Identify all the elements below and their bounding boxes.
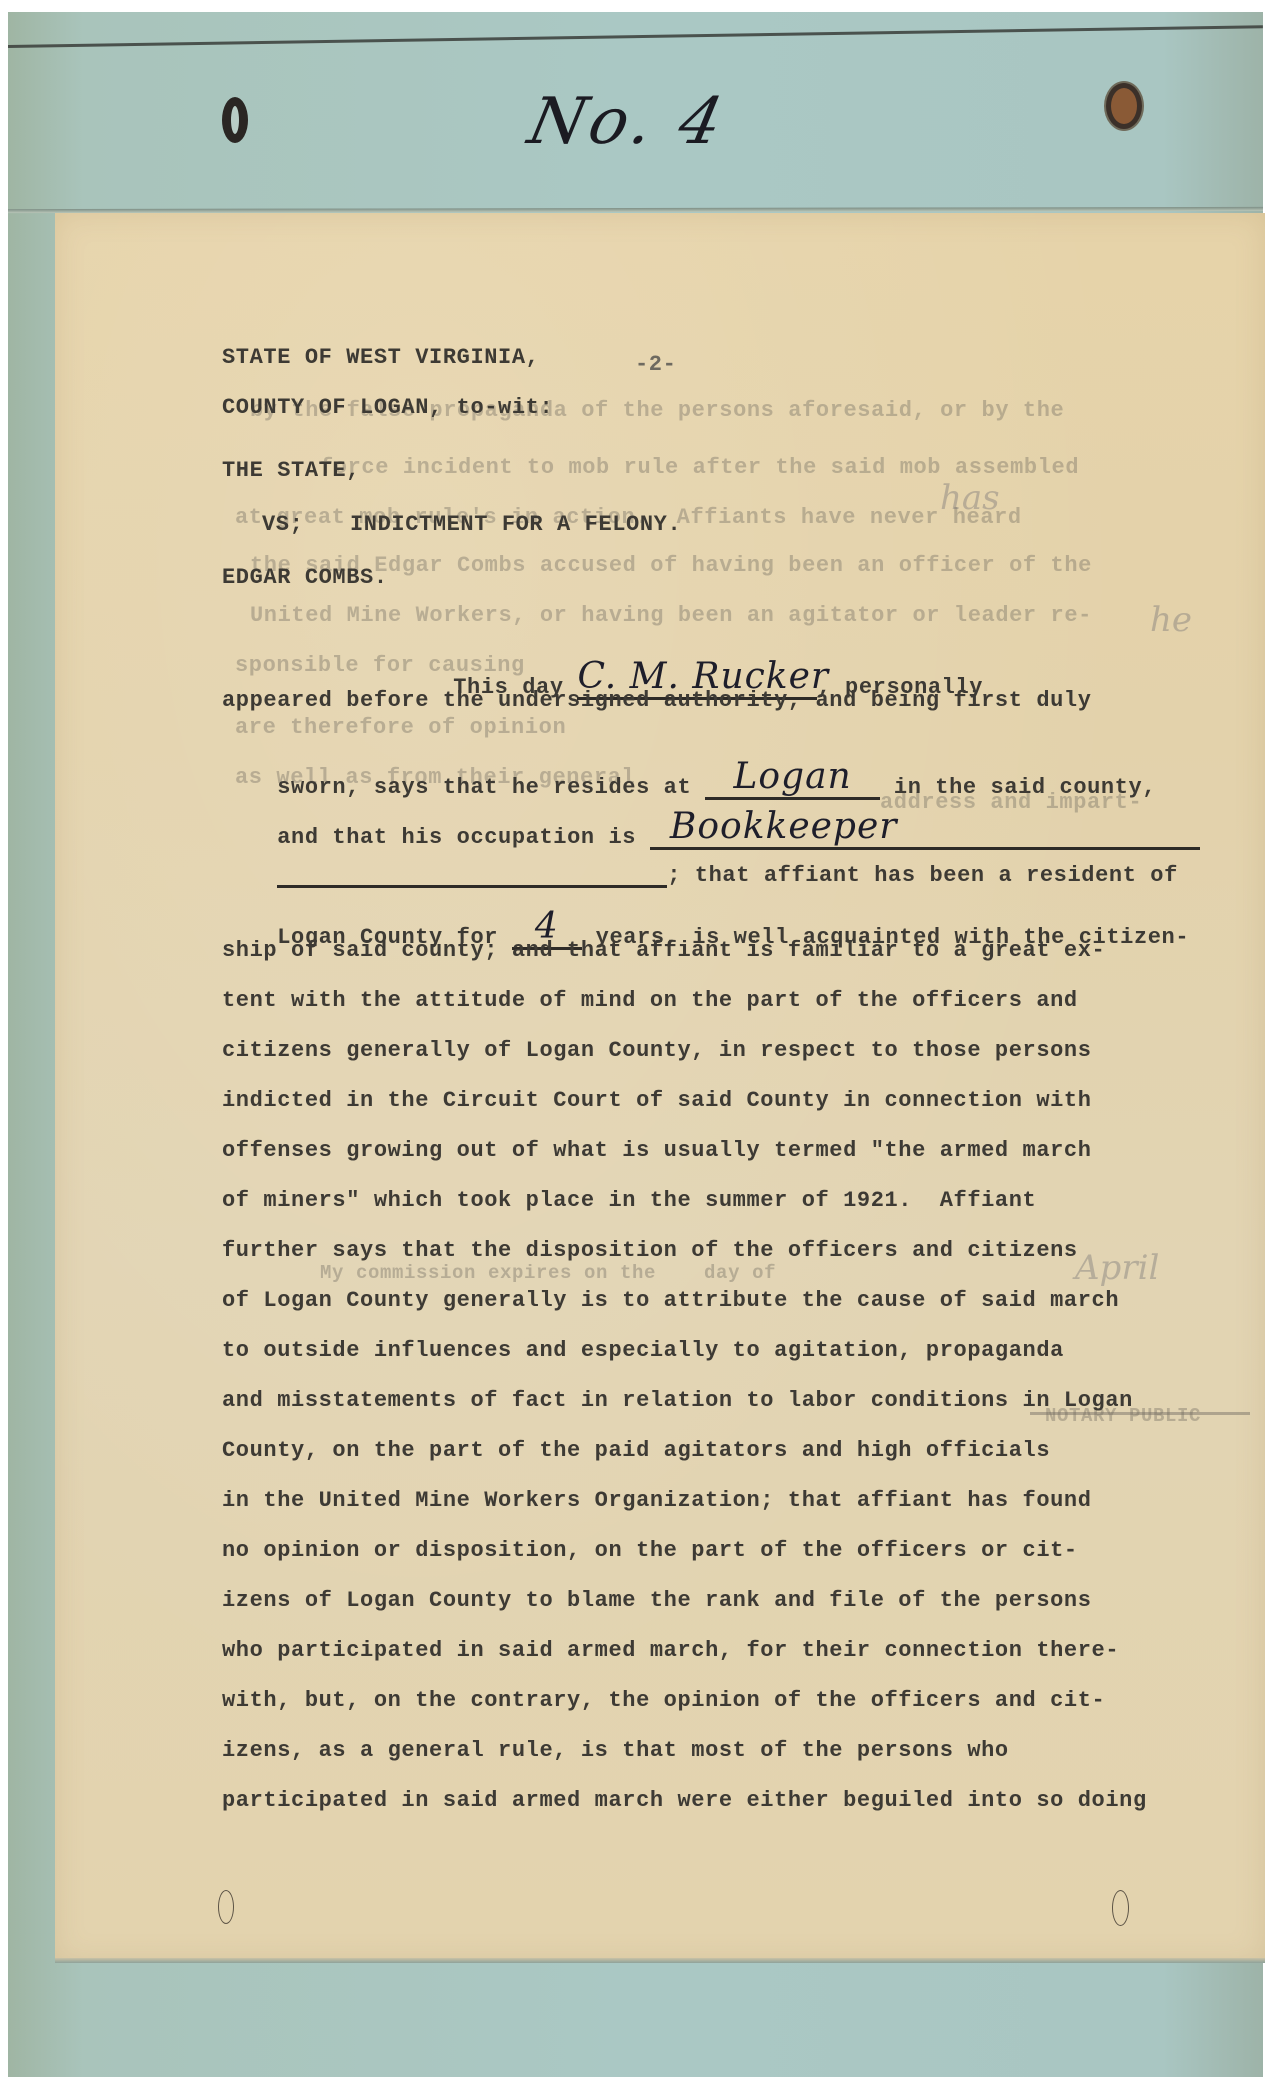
caption-vs: VS; bbox=[262, 512, 303, 537]
body-line-17: County, on the part of the paid agitator… bbox=[222, 1438, 1050, 1463]
body-line-24: participated in said armed march were ei… bbox=[222, 1788, 1147, 1813]
body-line-23: izens, as a general rule, is that most o… bbox=[222, 1738, 1009, 1763]
body-line-16: and misstatements of fact in relation to… bbox=[222, 1388, 1133, 1413]
caption-defendant: EDGAR COMBS. bbox=[222, 565, 388, 590]
body-line-2: appeared before the undersigned authorit… bbox=[222, 688, 1092, 713]
body-line-9: citizens generally of Logan County, in r… bbox=[222, 1038, 1092, 1063]
body-line-14: of Logan County generally is to attribut… bbox=[222, 1288, 1119, 1313]
body-line-13: further says that the disposition of the… bbox=[222, 1238, 1078, 1263]
body-line-15: to outside influences and especially to … bbox=[222, 1338, 1064, 1363]
body-line-11: offenses growing out of what is usually … bbox=[222, 1138, 1092, 1163]
body-line-12: of miners" which took place in the summe… bbox=[222, 1188, 1036, 1213]
body-line-8: tent with the attitude of mind on the pa… bbox=[222, 988, 1078, 1013]
body-line-20: izens of Logan County to blame the rank … bbox=[222, 1588, 1092, 1613]
caption-state: STATE OF WEST VIRGINIA, bbox=[222, 345, 539, 370]
body-line-22: with, but, on the contrary, the opinion … bbox=[222, 1688, 1105, 1713]
caption-county: COUNTY OF LOGAN, to-wit: bbox=[222, 395, 553, 420]
body-line-18: in the United Mine Workers Organization;… bbox=[222, 1488, 1092, 1513]
caption-charge: INDICTMENT FOR A FELONY. bbox=[350, 512, 681, 537]
caption-plaintiff: THE STATE, bbox=[222, 458, 360, 483]
body-line-10: indicted in the Circuit Court of said Co… bbox=[222, 1088, 1092, 1113]
typed-content: STATE OF WEST VIRGINIA, -2- COUNTY OF LO… bbox=[0, 0, 1275, 2100]
body-line-21: who participated in said armed march, fo… bbox=[222, 1638, 1119, 1663]
body-line-19: no opinion or disposition, on the part o… bbox=[222, 1538, 1078, 1563]
page-number: -2- bbox=[635, 352, 676, 377]
body-line-7: ship of said county; and that affiant is… bbox=[222, 938, 1105, 963]
body-text: ; that affiant has been a resident of bbox=[667, 863, 1178, 888]
